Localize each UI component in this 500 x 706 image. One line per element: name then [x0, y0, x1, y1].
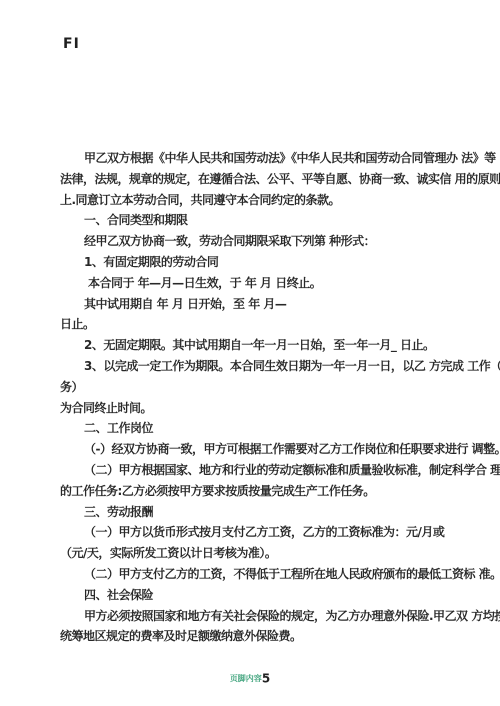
document-line: 1、有固定期限的劳动合同	[60, 252, 442, 273]
document-line: 2、无固定期限。其中试用期自一年一月一日始，至一年一月_ 日止。	[60, 335, 442, 356]
footer-page-number: 5	[262, 672, 270, 686]
document-line: 日止。	[60, 314, 442, 335]
footer-label: 页脚内容	[230, 674, 262, 683]
document-line: 三、劳动报酬	[60, 502, 442, 523]
document-line: （二）甲方支付乙方的工资，不得低于工程所在地人民政府颁布的最低工资标 准。	[60, 564, 442, 585]
document-line: 经甲乙双方协商一致，劳动合同期限采取下列第 种形式：	[60, 231, 442, 252]
document-line: 统筹地区规定的费率及时足额缴纳意外保险费。	[60, 626, 442, 647]
document-line: 上.同意订立本劳动合同，共同遵守本合同约定的条款。	[60, 190, 442, 211]
document-line: （元/天，实际所发工资以计日考核为准）。	[60, 543, 442, 564]
page-footer: 页脚内容5	[0, 668, 500, 687]
document-line: 其中试用期自 年 月 日开始，至 年 月—	[60, 294, 442, 315]
header-label: FI	[63, 36, 80, 52]
document-line: 甲乙双方根据《中华人民共和国劳动法》《中华人民共和国劳动合同管理办 法》等	[60, 148, 442, 169]
document-line: 甲方必须按照国家和地方有关社会保险的规定，为乙方办理意外保险.甲乙双 方均按	[60, 606, 442, 627]
document-line: （二）甲方根据国家、地方和行业的劳动定额标准和质量验收标准，制定科学合 理	[60, 460, 442, 481]
document-page: FI 甲乙双方根据《中华人民共和国劳动法》《中华人民共和国劳动合同管理办 法》等…	[0, 0, 500, 706]
document-line: （-）经双方协商一致，甲方可根据工作需要对乙方工作岗位和任职要求进行 调整。	[60, 439, 442, 460]
document-line: 本合同于 年—月—日生效，于 年 月 日终止。	[60, 273, 442, 294]
document-line: 务）	[60, 377, 442, 398]
document-line: 为合同终止时间。	[60, 398, 442, 419]
document-line: （一）甲方以货币形式按月支付乙方工资，乙方的工资标准为：元/月或	[60, 522, 442, 543]
document-line: 法律，法规，规章的规定，在遵循合法、公平、平等自愿、协商一致、诚实信 用的原则	[60, 169, 442, 190]
document-line: 3、以完成一定工作为期限。本合同生效日期为一年一月一日，以乙 方完成 工作（任	[60, 356, 442, 377]
document-content: 甲乙双方根据《中华人民共和国劳动法》《中华人民共和国劳动合同管理办 法》等法律，…	[60, 148, 442, 647]
document-line: 的工作任务:乙方必须按甲方要求按质按量完成生产工作任务。	[60, 481, 442, 502]
document-line: 四、社会保险	[60, 585, 442, 606]
document-line: 二、工作岗位	[60, 418, 442, 439]
document-line: 一、合同类型和期限	[60, 210, 442, 231]
